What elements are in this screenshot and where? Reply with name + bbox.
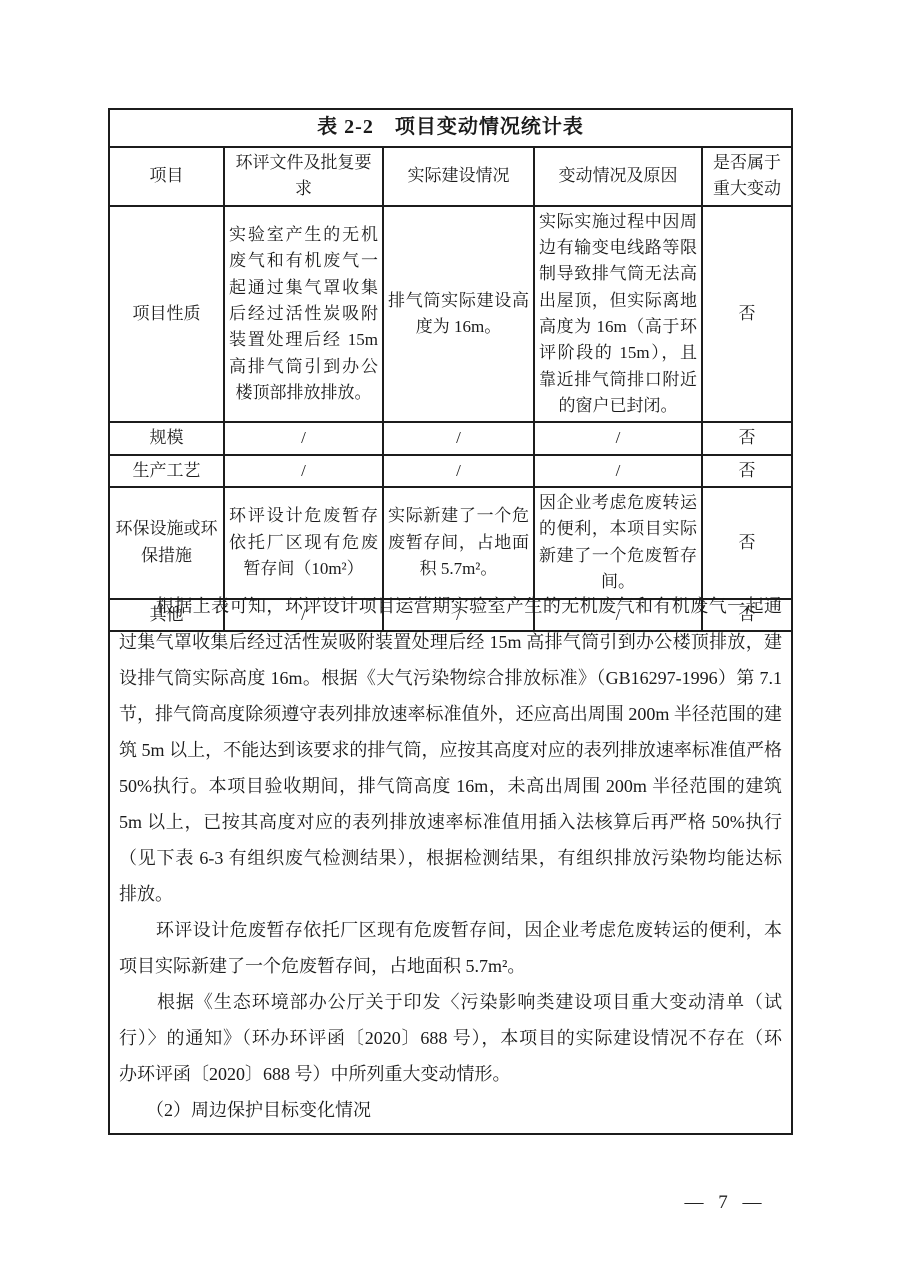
table-cell: /: [534, 422, 702, 454]
table-row-env-facility: 环保设施或环保措施 环评设计危废暂存依托厂区现有危废暂存间（10m²） 实际新建…: [110, 487, 791, 598]
paragraph-line: 办环评函〔2020〕688 号）中所列重大变动情形。: [119, 1056, 782, 1092]
project-change-table: 项目 环评文件及批复要求 实际建设情况 变动情况及原因 是否属于重大变动 项目性…: [110, 146, 791, 632]
header-cell-eia-req: 环评文件及批复要求: [224, 147, 383, 206]
table-row-scale: 规模 / / / 否: [110, 422, 791, 454]
cell-major-flag: 否: [702, 206, 791, 423]
document-frame: 表 2-2 项目变动情况统计表 项目 环评文件及批复要求 实际建设情况 变动情况…: [108, 108, 793, 1135]
cell-major-flag: 否: [702, 422, 791, 454]
cell-label: 规模: [110, 422, 224, 454]
paragraph-line: 排放。: [119, 876, 782, 912]
table-cell: /: [224, 422, 383, 454]
paragraph-line: 行）〉的通知》（环办环评函〔2020〕688 号），本项目的实际建设情况不存在（…: [119, 1020, 782, 1056]
paragraph-line: 根据《生态环境部办公厅关于印发〈污染影响类建设项目重大变动清单（试: [119, 984, 782, 1020]
header-cell-major: 是否属于重大变动: [702, 147, 791, 206]
table-cell: 因企业考虑危废转运的便利，本项目实际新建了一个危废暂存间。: [534, 487, 702, 598]
table-cell: 实验室产生的无机废气和有机废气一起通过集气罩收集后经过活性炭吸附装置处理后经 1…: [224, 206, 383, 423]
table-cell: /: [534, 455, 702, 487]
paragraph-line: 过集气罩收集后经过活性炭吸附装置处理后经 15m 高排气筒引到办公楼顶排放，建: [119, 624, 782, 660]
paragraph-line: （见下表 6-3 有组织废气检测结果），根据检测结果，有组织排放污染物均能达标: [119, 840, 782, 876]
paragraph-line: 节，排气筒高度除须遵守表列排放速率标准值外，还应高出周围 200m 半径范围的建: [119, 696, 782, 732]
document-page: 表 2-2 项目变动情况统计表 项目 环评文件及批复要求 实际建设情况 变动情况…: [0, 0, 900, 1273]
paragraph-line: 5m 以上，已按其高度对应的表列排放速率标准值用插入法核算后再严格 50%执行: [119, 804, 782, 840]
table-header-row: 项目 环评文件及批复要求 实际建设情况 变动情况及原因 是否属于重大变动: [110, 147, 791, 206]
cell-label: 项目性质: [110, 206, 224, 423]
paragraph-line: 筑 5m 以上，不能达到该要求的排气筒，应按其高度对应的表列排放速率标准值严格: [119, 732, 782, 768]
paragraph-line: 设排气筒实际高度 16m。根据《大气污染物综合排放标准》（GB16297-199…: [119, 660, 782, 696]
cell-major-flag: 否: [702, 487, 791, 598]
table-cell: 环评设计危废暂存依托厂区现有危废暂存间（10m²）: [224, 487, 383, 598]
page-number: — 7 —: [648, 1188, 798, 1218]
table-cell: 排气筒实际建设高度为 16m。: [383, 206, 534, 423]
paragraph-line: 项目实际新建了一个危废暂存间，占地面积 5.7m²。: [119, 948, 782, 984]
cell-label: 环保设施或环保措施: [110, 487, 224, 598]
paragraph-line-subheading: （2）周边保护目标变化情况: [119, 1092, 782, 1128]
table-cell: 实际新建了一个危废暂存间，占地面积 5.7m²。: [383, 487, 534, 598]
header-cell-actual: 实际建设情况: [383, 147, 534, 206]
paragraph-line: 根据上表可知，环评设计项目运营期实验室产生的无机废气和有机废气一起通: [119, 588, 782, 624]
table-cell: /: [383, 422, 534, 454]
table-row-process: 生产工艺 / / / 否: [110, 455, 791, 487]
table-cell: 实际实施过程中因周边有输变电线路等限制导致排气筒无法高出屋顶，但实际离地高度为 …: [534, 206, 702, 423]
cell-major-flag: 否: [702, 455, 791, 487]
table-cell: /: [224, 455, 383, 487]
table-row-project-nature: 项目性质 实验室产生的无机废气和有机废气一起通过集气罩收集后经过活性炭吸附装置处…: [110, 206, 791, 423]
table-cell: /: [383, 455, 534, 487]
table-title: 表 2-2 项目变动情况统计表: [110, 110, 791, 146]
body-text: 根据上表可知，环评设计项目运营期实验室产生的无机废气和有机废气一起通 过集气罩收…: [110, 588, 791, 1128]
cell-label: 生产工艺: [110, 455, 224, 487]
header-cell-change: 变动情况及原因: [534, 147, 702, 206]
paragraph-line: 环评设计危废暂存依托厂区现有危废暂存间，因企业考虑危废转运的便利，本: [119, 912, 782, 948]
header-cell-item: 项目: [110, 147, 224, 206]
paragraph-line: 50%执行。本项目验收期间，排气筒高度 16m，未高出周围 200m 半径范围的…: [119, 768, 782, 804]
